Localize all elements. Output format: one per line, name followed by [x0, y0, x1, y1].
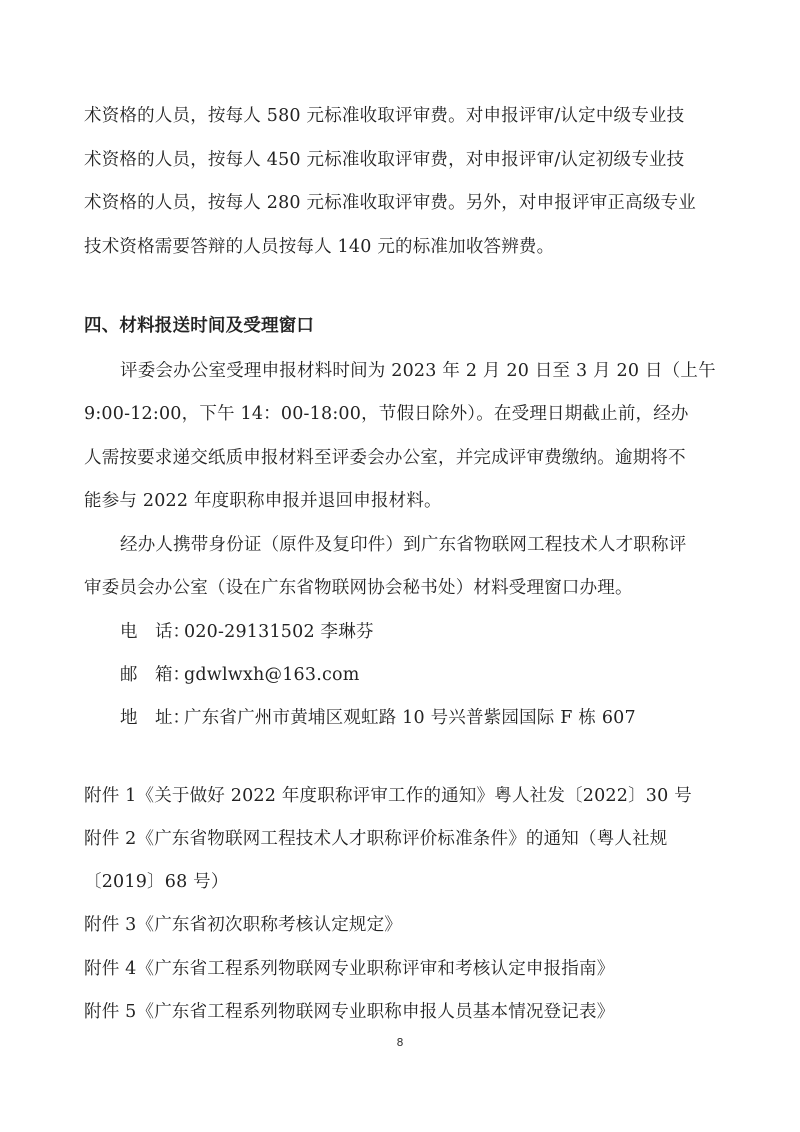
- paragraph-line: 评委会办公室受理申报材料时间为 2023 年 2 月 20 日至 3 月 20 …: [120, 359, 716, 383]
- contact-phone: 电 话：020-29131502 李琳芬: [120, 620, 374, 644]
- contact-email: 邮 箱：gdwlwxh@163.com: [120, 663, 360, 687]
- paragraph-line: 能参与 2022 年度职称申报并退回申报材料。: [84, 489, 442, 513]
- document-page: 术资格的人员，按每人 580 元标准收取评审费。对申报评审/认定中级专业技 术资…: [0, 0, 800, 1132]
- attachment-3: 附件 3《广东省初次职称考核认定规定》: [84, 913, 402, 937]
- fee-paragraph-line: 术资格的人员，按每人 280 元标准收取评审费。另外，对申报评审正高级专业: [84, 191, 696, 215]
- attachment-4: 附件 4《广东省工程系列物联网专业职称评审和考核认定申报指南》: [84, 957, 614, 981]
- phone-label: 电 话：: [120, 620, 184, 644]
- fee-paragraph-line: 术资格的人员，按每人 450 元标准收取评审费，对申报评审/认定初级专业技: [84, 148, 684, 172]
- paragraph-line: 9:00-12:00，下午 14：00-18:00，节假日除外）。在受理日期截止…: [84, 402, 689, 426]
- page-number: 8: [0, 1036, 800, 1049]
- section-heading: 四、材料报送时间及受理窗口: [84, 314, 314, 338]
- fee-paragraph-line: 术资格的人员，按每人 580 元标准收取评审费。对申报评审/认定中级专业技: [84, 104, 684, 128]
- contact-address: 地 址：广东省广州市黄埔区观虹路 10 号兴普紫园国际 F 栋 607: [120, 706, 636, 730]
- address-label: 地 址：: [120, 706, 184, 730]
- paragraph-line: 经办人携带身份证（原件及复印件）到广东省物联网工程技术人才职称评: [120, 533, 686, 557]
- email-label: 邮 箱：: [120, 663, 184, 687]
- email-value[interactable]: gdwlwxh@163.com: [184, 665, 360, 685]
- paragraph-line: 人需按要求递交纸质申报材料至评委会办公室，并完成评审费缴纳。逾期将不: [84, 446, 686, 470]
- paragraph-line: 审委员会办公室（设在广东省物联网协会秘书处）材料受理窗口办理。: [84, 576, 633, 600]
- attachment-2-continued: 〔2019〕68 号）: [84, 870, 229, 894]
- attachment-2: 附件 2《广东省物联网工程技术人才职称评价标准条件》的通知（粤人社规: [84, 827, 668, 851]
- attachment-5: 附件 5《广东省工程系列物联网专业职称申报人员基本情况登记表》: [84, 1000, 614, 1024]
- address-value: 广东省广州市黄埔区观虹路 10 号兴普紫园国际 F 栋 607: [184, 708, 636, 728]
- fee-paragraph-line: 技术资格需要答辩的人员按每人 140 元的标准加收答辨费。: [84, 235, 554, 259]
- phone-value: 020-29131502 李琳芬: [184, 622, 374, 642]
- attachment-1: 附件 1《关于做好 2022 年度职称评审工作的通知》粤人社发〔2022〕30 …: [84, 784, 692, 808]
